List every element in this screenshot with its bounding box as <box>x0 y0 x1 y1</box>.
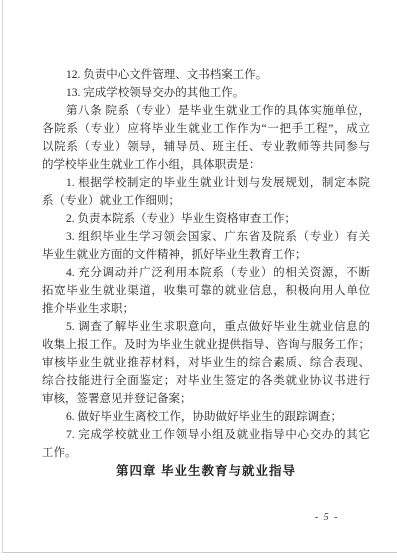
text-line: 系（专业）就业工作细则； <box>42 192 370 210</box>
text-line: 第八条 院系（专业）是毕业生就业工作的具体实施单位， <box>42 102 370 120</box>
text-line: 以院系（专业）领导，辅导员、班主任、专业教师等共同参与 <box>42 138 370 156</box>
text-line: 1. 根据学校制定的毕业生就业计划与发展规划，制定本院 <box>42 174 370 192</box>
text-line: 4. 充分调动并广泛利用本院系（专业）的相关资源，不断 <box>42 264 370 282</box>
text-line: 工作。 <box>42 444 370 462</box>
page-number: - 5 - <box>315 512 339 523</box>
document-body: 12. 负责中心文件管理、文书档案工作。 13. 完成学校领导交办的其他工作。 … <box>42 66 370 480</box>
text-line: 收集上报工作。及时为毕业生就业提供指导、咨询与服务工作； <box>42 336 370 354</box>
text-line: 各院系（专业）应将毕业生就业工作作为“一把手工程”，成立 <box>42 120 370 138</box>
document-page: 12. 负责中心文件管理、文书档案工作。 13. 完成学校领导交办的其他工作。 … <box>0 0 397 560</box>
text-line: 7. 完成学校就业工作领导小组及就业指导中心交办的其它 <box>42 426 370 444</box>
text-line: 拓宽毕业生就业渠道，收集可靠的就业信息，积极向用人单位 <box>42 282 370 300</box>
text-line: 3. 组织毕业生学习领会国家、广东省及院系（专业）有关 <box>42 228 370 246</box>
text-line: 毕业生就业方面的文件精神，抓好毕业生教育工作； <box>42 246 370 264</box>
page-edge-bottom <box>2 552 397 553</box>
text-line: 审核毕业生就业推荐材料，对毕业生的综合素质、综合表现、 <box>42 354 370 372</box>
text-line: 5. 调查了解毕业生求职意向，重点做好毕业生就业信息的 <box>42 318 370 336</box>
text-line: 12. 负责中心文件管理、文书档案工作。 <box>42 66 370 84</box>
text-line: 推介毕业生求职； <box>42 300 370 318</box>
text-line: 13. 完成学校领导交办的其他工作。 <box>42 84 370 102</box>
text-line: 综合技能进行全面鉴定；对毕业生签定的各类就业协议书进行 <box>42 372 370 390</box>
text-line: 审核，签署意见并登记备案； <box>42 390 370 408</box>
text-line: 6. 做好毕业生离校工作，协助做好毕业生的跟踪调查； <box>42 408 370 426</box>
chapter-heading: 第四章 毕业生教育与就业指导 <box>42 462 370 480</box>
text-line: 的学校毕业生就业工作小组，具体职责是： <box>42 156 370 174</box>
page-edge-left <box>2 0 3 553</box>
text-line: 2. 负责本院系（专业）毕业生资格审查工作； <box>42 210 370 228</box>
